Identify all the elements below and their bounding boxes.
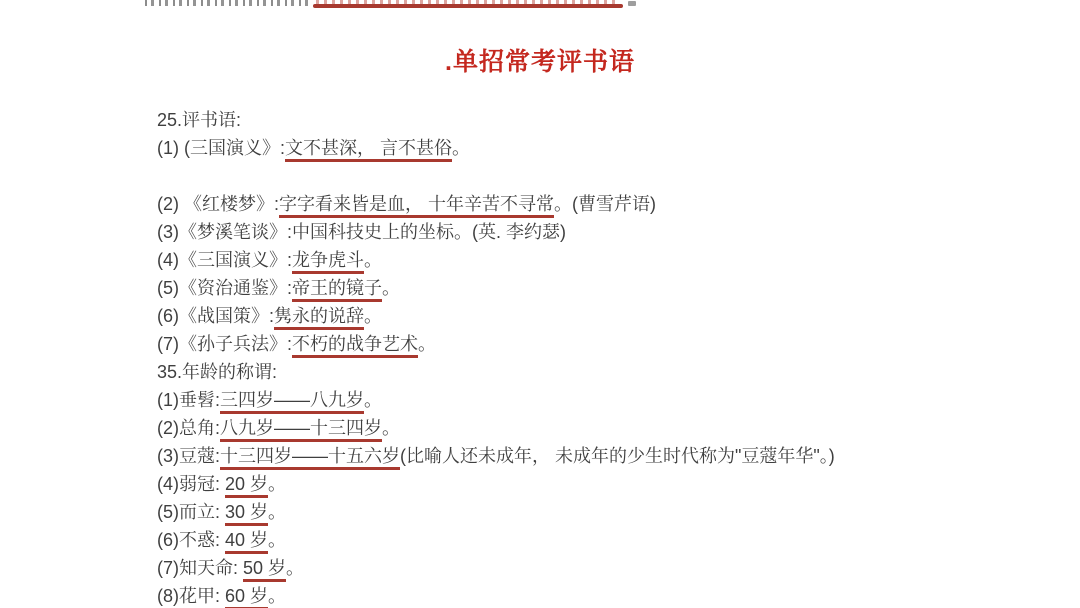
underlined-phrase: 30 岁: [225, 502, 268, 526]
text-run: (7)《孙子兵法》:: [157, 334, 292, 354]
text-run: (1) (三国演义》:: [157, 138, 285, 158]
document-line: (7)《孙子兵法》:不朽的战争艺术。: [157, 330, 1017, 358]
text-run: (6)《战国策》:: [157, 306, 274, 326]
document-line: (1)垂髫:三四岁——八九岁。: [157, 386, 1017, 414]
text-run: 。: [268, 502, 286, 522]
document-line: (1) (三国演义》:文不甚深， 言不甚俗。: [157, 134, 1017, 162]
document-line: (4)《三国演义》:龙争虎斗。: [157, 246, 1017, 274]
text-run: (4)弱冠:: [157, 474, 225, 494]
text-run: 25.评书语:: [157, 110, 241, 130]
document-body: 25.评书语:(1) (三国演义》:文不甚深， 言不甚俗。(2) 《红楼梦》:字…: [157, 106, 1017, 608]
text-run: (6)不惑:: [157, 530, 225, 550]
underlined-phrase: 十三四岁——十五六岁: [220, 446, 400, 470]
text-run: 。: [268, 474, 286, 494]
document-line: (2)总角:八九岁——十三四岁。: [157, 414, 1017, 442]
clipped-period-fragment: [628, 1, 636, 6]
underlined-phrase: 不朽的战争艺术: [292, 334, 418, 358]
underlined-phrase: 20 岁: [225, 474, 268, 498]
text-run: (2)总角:: [157, 418, 220, 438]
text-run: (5)《资治通鉴》:: [157, 278, 292, 298]
underlined-phrase: 隽永的说辞: [274, 306, 364, 330]
text-run: (7)知天命:: [157, 558, 243, 578]
clipped-red-underline: [313, 4, 623, 8]
text-run: 。: [382, 278, 400, 298]
underlined-phrase: 40 岁: [225, 530, 268, 554]
text-run: 。: [364, 306, 382, 326]
document-line: (2) 《红楼梦》:字字看来皆是血， 十年辛苦不寻常。(曹雪芹语): [157, 190, 1017, 218]
text-run: (3)豆蔻:: [157, 446, 220, 466]
text-run: 。: [268, 586, 286, 606]
underlined-phrase: 60 岁: [225, 586, 268, 608]
underlined-phrase: 三四岁——八九岁: [220, 390, 364, 414]
blank-line: [157, 162, 1017, 190]
document-line: (6)不惑: 40 岁。: [157, 526, 1017, 554]
underlined-phrase: 帝王的镜子: [292, 278, 382, 302]
text-run: (4)《三国演义》:: [157, 250, 292, 270]
text-run: 。: [286, 558, 304, 578]
text-run: 。: [364, 250, 382, 270]
text-run: (2) 《红楼梦》:: [157, 194, 279, 214]
text-run: (5)而立:: [157, 502, 225, 522]
document-line: 25.评书语:: [157, 106, 1017, 134]
text-run: (1)垂髫:: [157, 390, 220, 410]
underlined-phrase: 文不甚深， 言不甚俗: [285, 138, 452, 162]
document-line: (3)豆蔻:十三四岁——十五六岁(比喻人还未成年， 未成年的少生时代称为"豆蔻年…: [157, 442, 1017, 470]
text-run: 。: [382, 418, 400, 438]
text-run: (8)花甲:: [157, 586, 225, 606]
clipped-text-fragment: [145, 0, 308, 6]
text-run: 。: [364, 390, 382, 410]
document-line: (5)《资治通鉴》:帝王的镜子。: [157, 274, 1017, 302]
underlined-phrase: 字字看来皆是血， 十年辛苦不寻常: [279, 194, 554, 218]
text-run: 35.年龄的称谓:: [157, 362, 277, 382]
text-run: (比喻人还未成年， 未成年的少生时代称为"豆蔻年华"。): [400, 446, 835, 466]
page-title: .单招常考评书语: [0, 42, 1080, 78]
underlined-phrase: 龙争虎斗: [292, 250, 364, 274]
document-line: (4)弱冠: 20 岁。: [157, 470, 1017, 498]
document-line: (5)而立: 30 岁。: [157, 498, 1017, 526]
document-line: (3)《梦溪笔谈》:中国科技史上的坐标。(英. 李约瑟): [157, 218, 1017, 246]
text-run: 。: [452, 138, 470, 158]
underlined-phrase: 八九岁——十三四岁: [220, 418, 382, 442]
text-run: 。(曹雪芹语): [554, 194, 656, 214]
document-line: (7)知天命: 50 岁。: [157, 554, 1017, 582]
text-run: 。: [418, 334, 436, 354]
document-line: 35.年龄的称谓:: [157, 358, 1017, 386]
document-line: (8)花甲: 60 岁。: [157, 582, 1017, 608]
document-page: .单招常考评书语 25.评书语:(1) (三国演义》:文不甚深， 言不甚俗。(2…: [0, 0, 1080, 608]
underlined-phrase: 50 岁: [243, 558, 286, 582]
text-run: 。: [268, 530, 286, 550]
text-run: (3)《梦溪笔谈》:中国科技史上的坐标。(英. 李约瑟): [157, 222, 566, 242]
document-line: (6)《战国策》:隽永的说辞。: [157, 302, 1017, 330]
